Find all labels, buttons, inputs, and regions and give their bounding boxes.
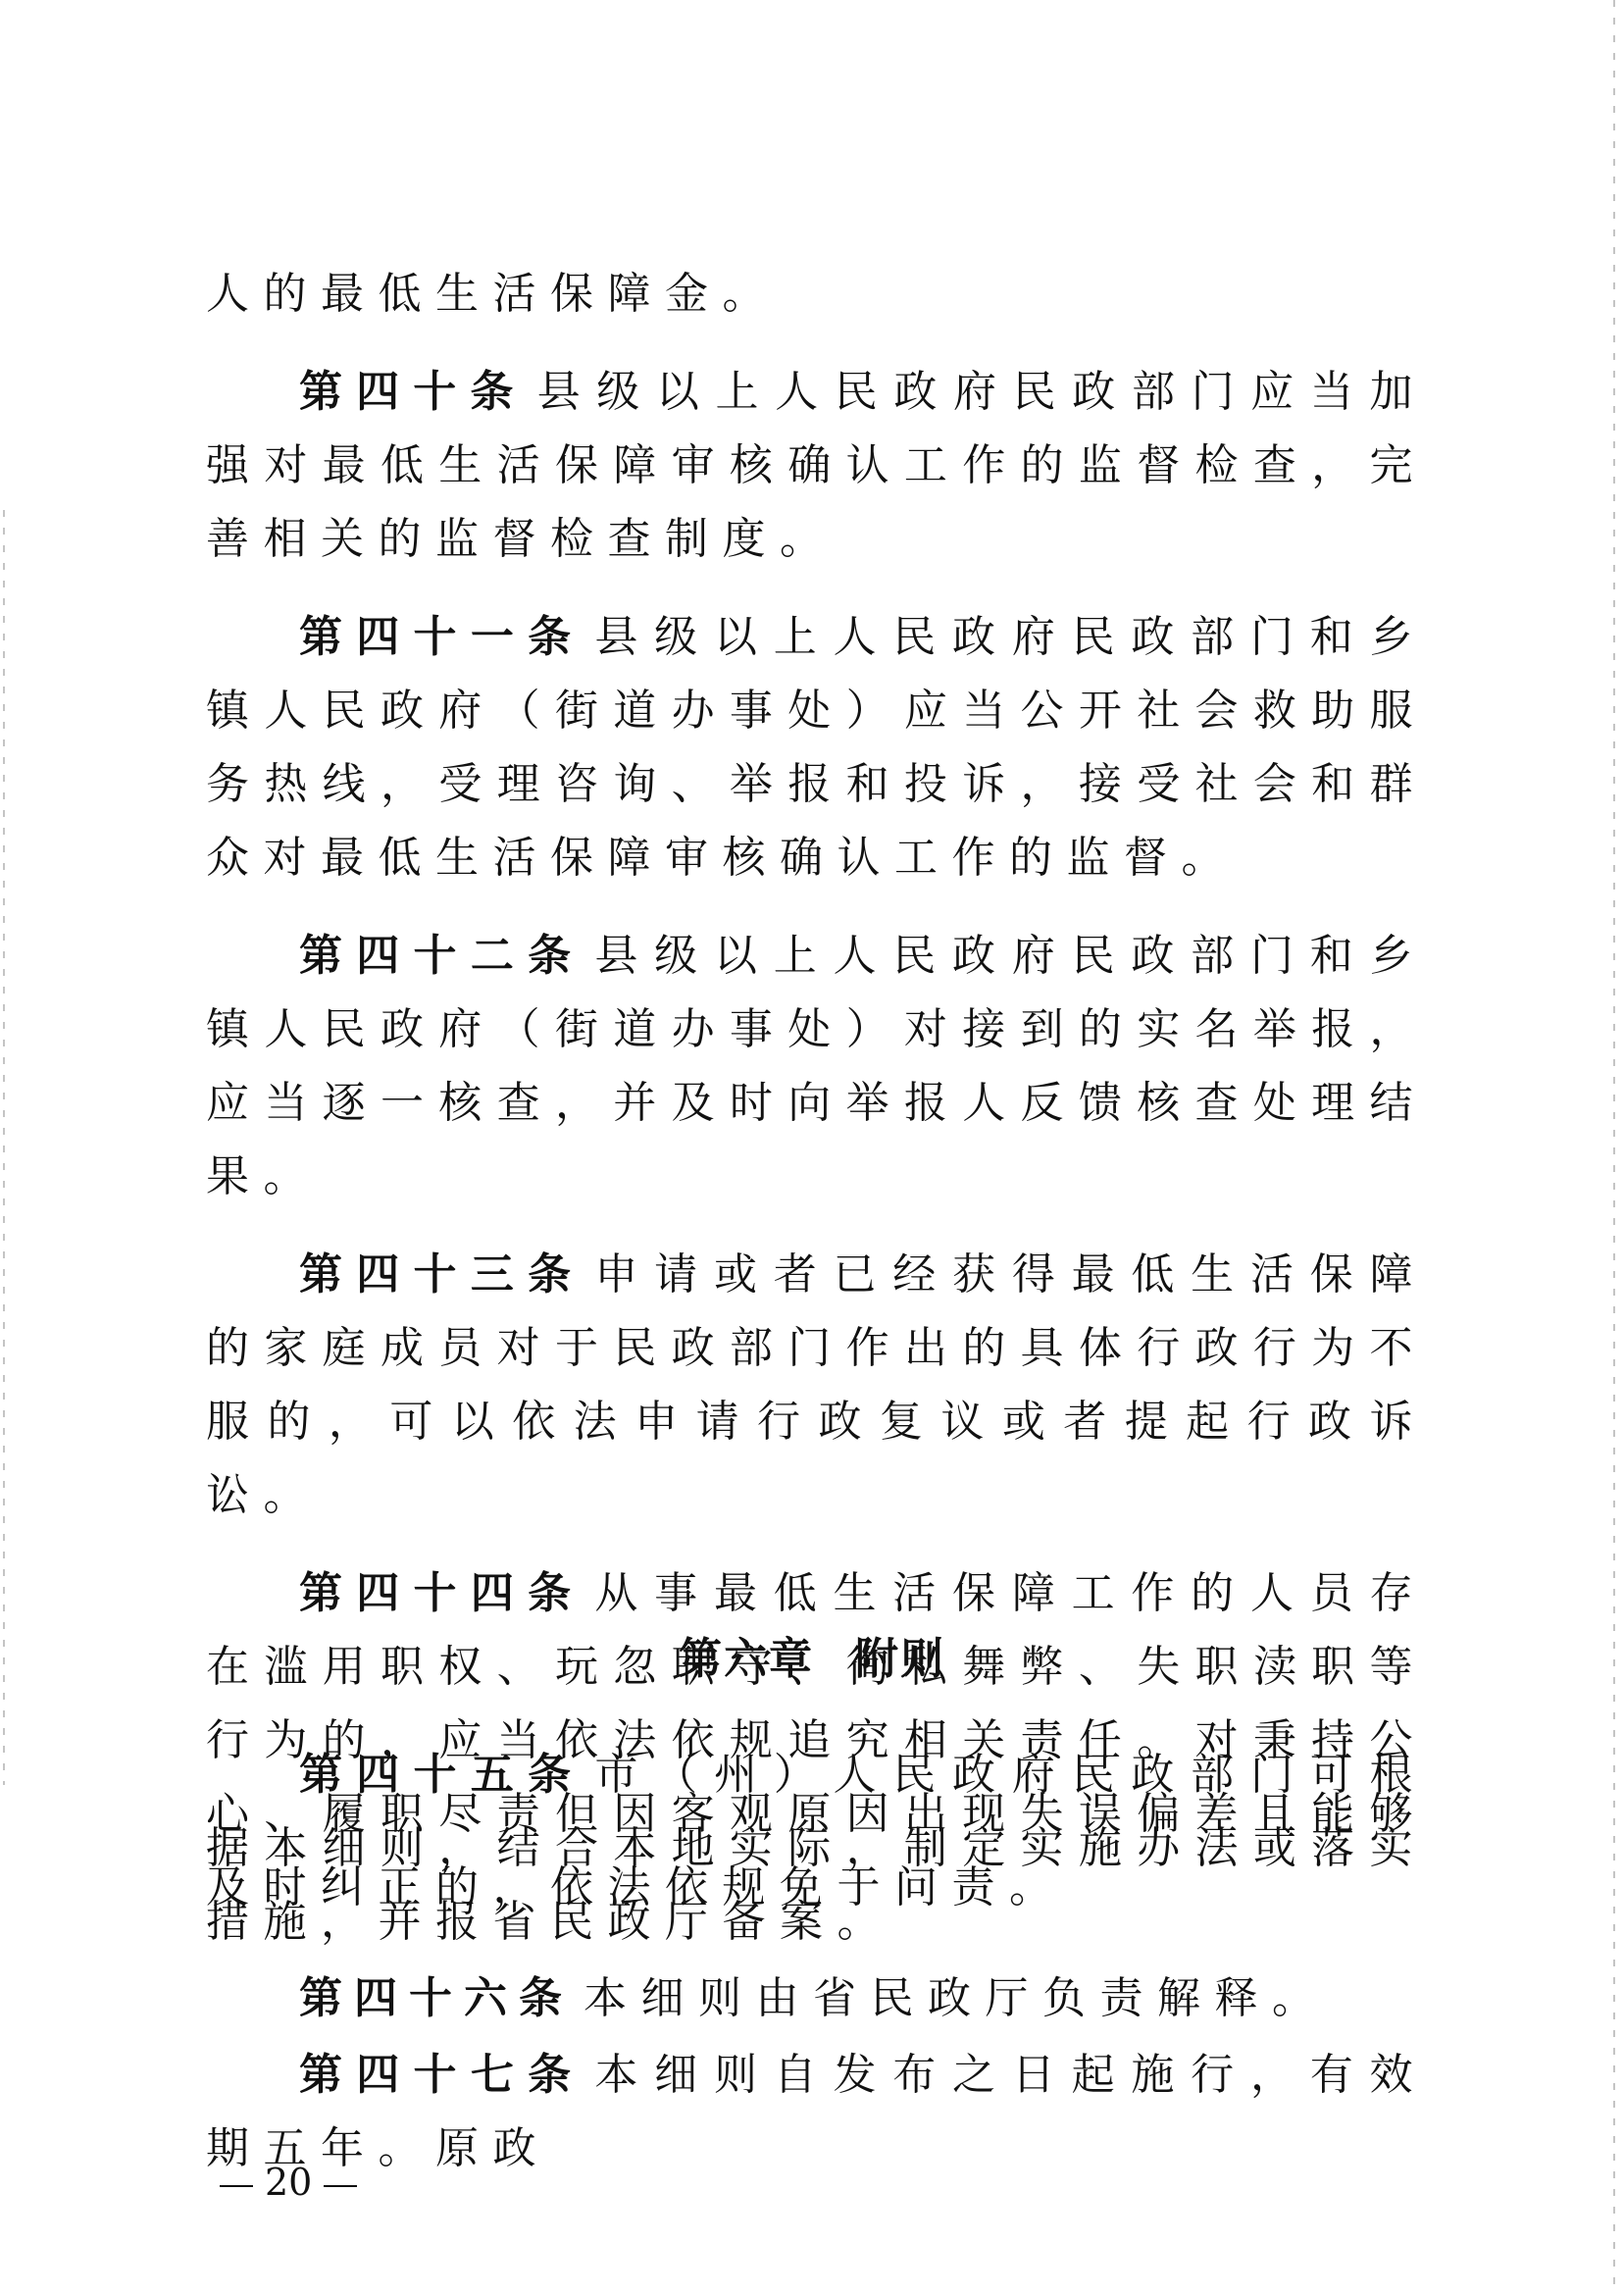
document-page: 人的最低生活保障金。 第四十条县级以上人民政府民政部门应当加强对最低生活保障审核… — [0, 0, 1624, 2293]
article-number: 第四十一条 — [299, 612, 584, 662]
article-45: 第四十五条市（州）人民政府民政部门可根据本细则，结合本地实际，制定实施办法或落实… — [206, 1738, 1427, 1959]
body-text-lower: 第四十五条市（州）人民政府民政部门可根据本细则，结合本地实际，制定实施办法或落实… — [206, 1738, 1427, 2188]
dash-left — [220, 2185, 253, 2187]
article-47: 第四十七条本细则自发布之日起施行，有效期五年。原政 — [206, 2038, 1427, 2185]
article-46: 第四十六条本细则由省民政厅负责解释。 — [206, 1962, 1427, 2035]
scan-edge-right — [1613, 0, 1615, 2293]
article-number: 第四十四条 — [299, 1568, 584, 1618]
article-text: 本细则由省民政厅负责解释。 — [584, 1973, 1330, 2023]
article-number: 第四十二条 — [299, 931, 584, 981]
chapter-heading: 第六章附则 — [0, 1630, 1624, 1689]
article-number: 第四十三条 — [299, 1249, 584, 1299]
scan-edge-left — [3, 510, 5, 1785]
article-number: 第四十六条 — [299, 1973, 574, 2023]
continuation-text: 人的最低生活保障金。 — [206, 269, 780, 319]
article-41: 第四十一条县级以上人民政府民政部门和乡镇人民政府（街道办事处）应当公开社会救助服… — [206, 600, 1427, 894]
article-40: 第四十条县级以上人民政府民政部门应当加强对最低生活保障审核确认工作的监督检查，完… — [206, 355, 1427, 576]
article-number: 第四十七条 — [299, 2050, 584, 2100]
chapter-title: 附则 — [855, 1634, 945, 1684]
page-number: 20 — [208, 2158, 369, 2207]
page-number-value: 20 — [265, 2161, 312, 2204]
chapter-number: 第六章 — [679, 1634, 814, 1684]
continuation-paragraph: 人的最低生活保障金。 — [206, 257, 1427, 331]
body-text-upper: 人的最低生活保障金。 第四十条县级以上人民政府民政部门应当加强对最低生活保障审核… — [206, 257, 1427, 1949]
article-number: 第四十条 — [299, 367, 528, 417]
article-number: 第四十五条 — [299, 1750, 584, 1800]
article-43: 第四十三条申请或者已经获得最低生活保障的家庭成员对于民政部门作出的具体行政行为不… — [206, 1238, 1427, 1532]
article-42: 第四十二条县级以上人民政府民政部门和乡镇人民政府（街道办事处）对接到的实名举报，… — [206, 919, 1427, 1213]
dash-right — [324, 2185, 357, 2187]
